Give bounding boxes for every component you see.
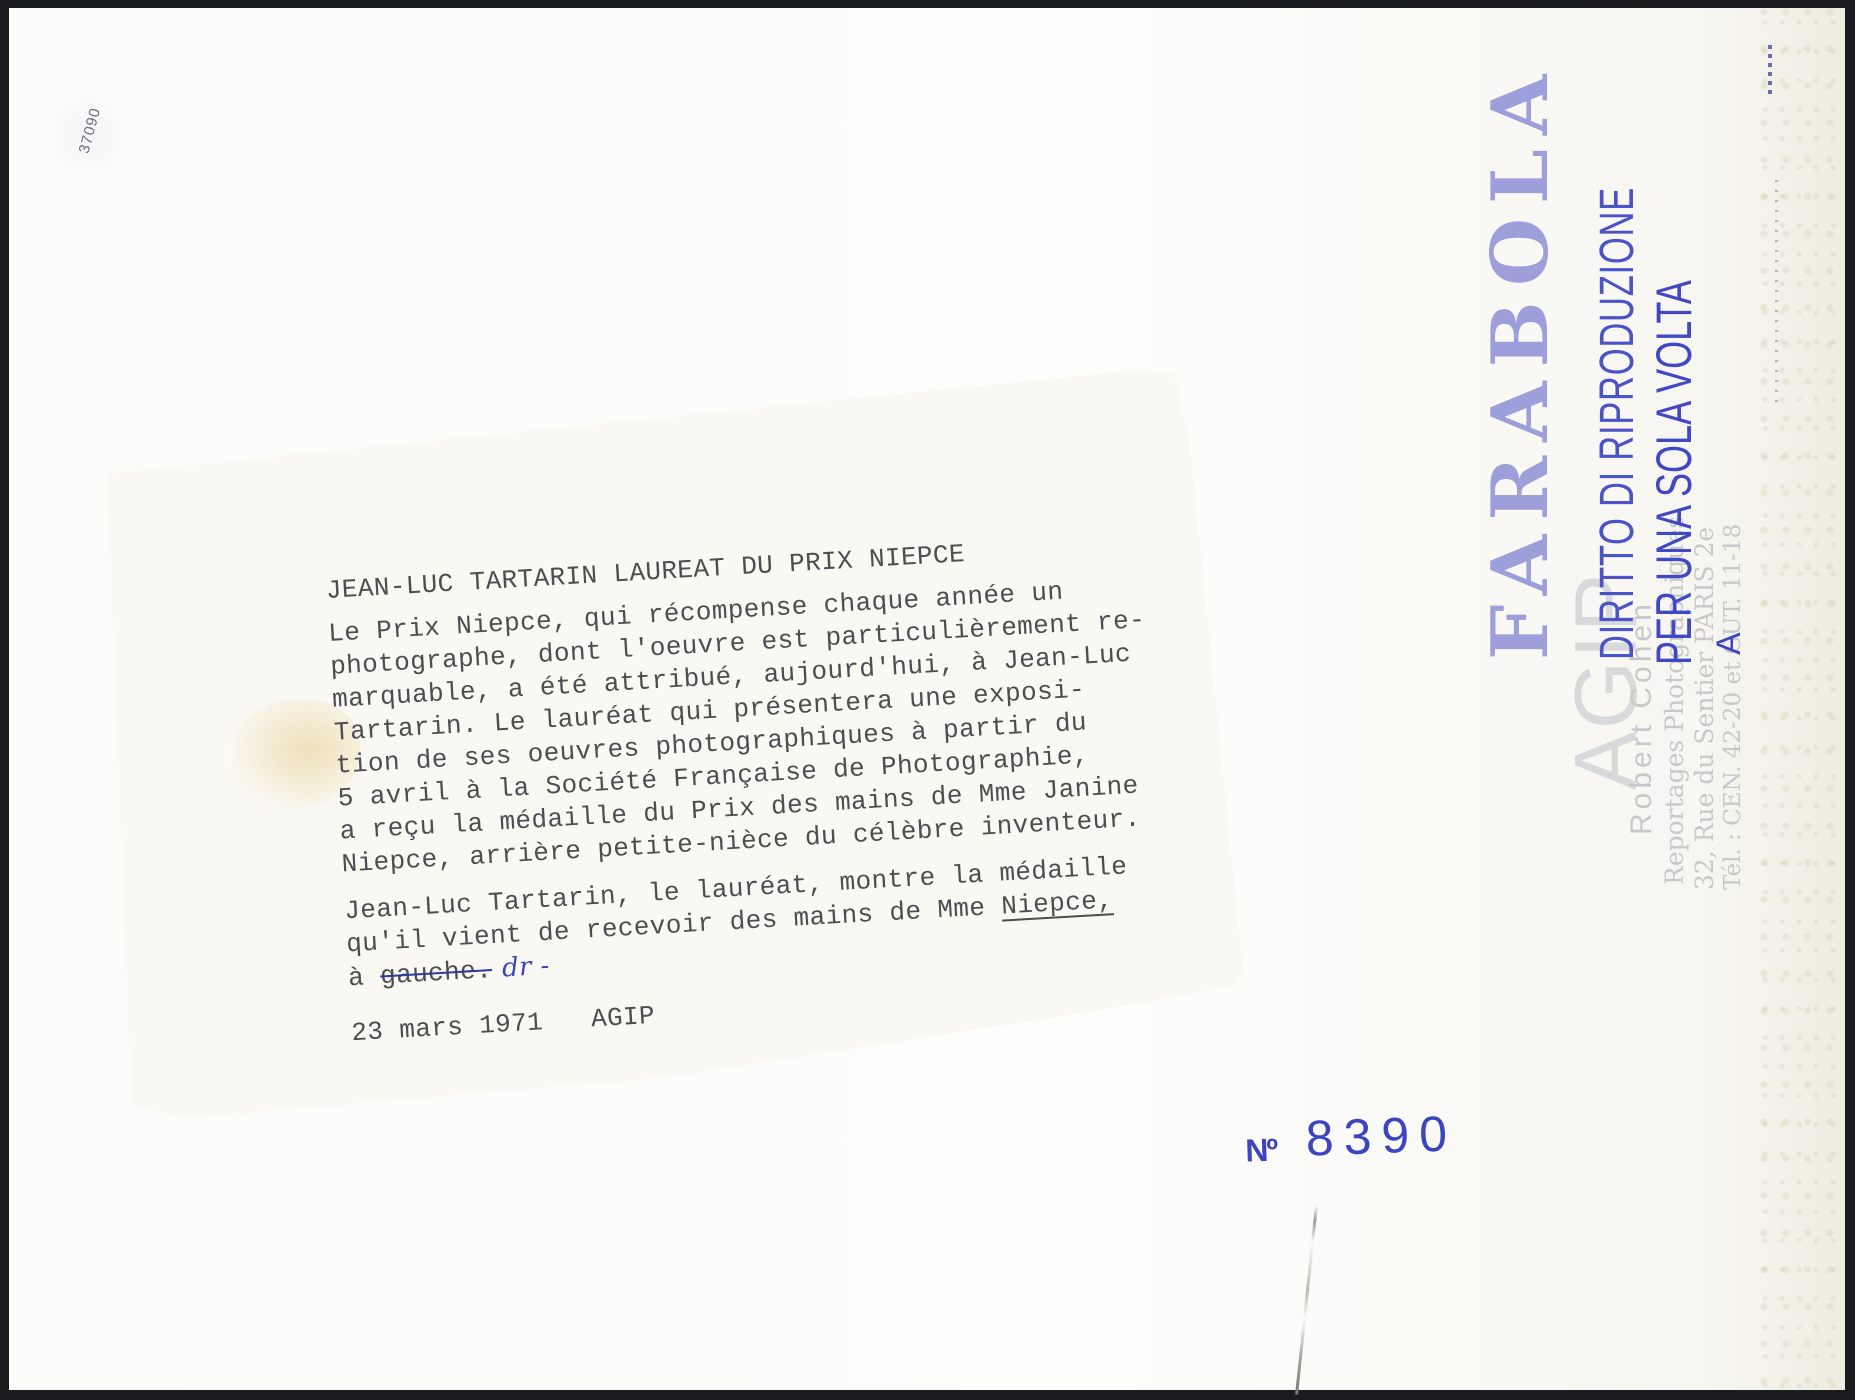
- handwritten-correction: dr -: [501, 951, 550, 984]
- underlined-name: Niepce,: [1000, 885, 1114, 921]
- inventory-number-stamp: Nº8390: [1244, 1104, 1458, 1169]
- dotted-mark: [1768, 45, 1772, 95]
- edge-stain: [1755, 8, 1845, 1390]
- caption-line-prefix: à: [347, 962, 381, 994]
- agip-phone-line: Tél. : CEN. 42-20 et GUT. 11-18: [1720, 524, 1746, 890]
- rights-stamp-line3: A: [1710, 632, 1749, 655]
- number-prefix: Nº: [1245, 1132, 1277, 1169]
- struck-word: gauche.: [379, 955, 493, 991]
- dotted-mark: [1775, 180, 1778, 410]
- rights-stamp-line1: DIRITTO DI RIPRODUZIONE: [1590, 187, 1645, 660]
- rights-stamp-line2: PER UNA SOLA VOLTA: [1645, 280, 1703, 665]
- caption-text: JEAN-LUC TARTARIN LAUREAT DU PRIX NIEPCE…: [325, 515, 1401, 1051]
- inventory-number: 8390: [1305, 1105, 1458, 1166]
- farabola-stamp: FARABOLA: [1475, 61, 1566, 660]
